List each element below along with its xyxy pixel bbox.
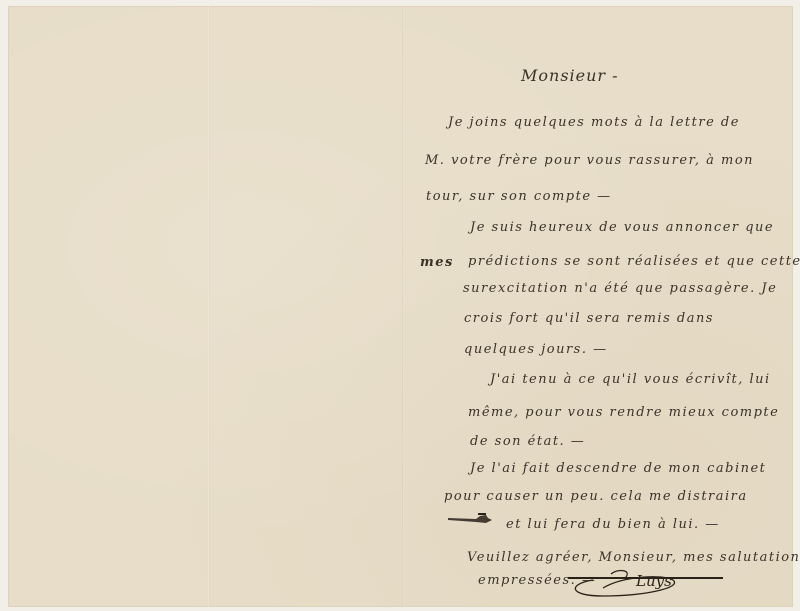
letter-line-7: crois fort qu'il sera remis dans <box>464 312 714 325</box>
letter-line-3: tour, sur son compte — <box>426 190 612 203</box>
letter-line-14: et lui fera du bien à lui. — <box>506 518 720 531</box>
fold-crease <box>208 6 210 607</box>
letter-line-6: surexcitation n'a été que passagère. Je <box>463 282 777 295</box>
ink-blot <box>446 512 494 526</box>
signature: Luys <box>636 572 672 590</box>
letter-line-5: prédictions se sont réalisées et que cet… <box>468 255 800 268</box>
letter-line-11: de son état. — <box>470 435 585 448</box>
letter-line-13: pour causer un peu. cela me distraira <box>444 490 748 503</box>
salutation: Monsieur - <box>521 68 619 84</box>
letter-line-12: Je l'ai fait descendre de mon cabinet <box>470 462 766 475</box>
letter-line-10: même, pour vous rendre mieux compte <box>468 406 779 419</box>
letter-line-8: quelques jours. — <box>464 343 608 356</box>
letter-line-15: Veuillez agréer, Monsieur, mes salutatio… <box>467 551 800 564</box>
letter-line-2: M. votre frère pour vous rassurer, à mon <box>425 154 754 167</box>
letter-line-4: Je suis heureux de vous annoncer que <box>470 221 774 234</box>
left-page-blank <box>8 6 403 607</box>
letter-sheet: Monsieur - Je joins quelques mots à la l… <box>8 6 793 607</box>
letter-line-9: J'ai tenu à ce qu'il vous écrivît, lui <box>490 373 771 386</box>
letter-line-1: Je joins quelques mots à la lettre de <box>448 116 740 129</box>
margin-note: mes <box>420 256 454 269</box>
